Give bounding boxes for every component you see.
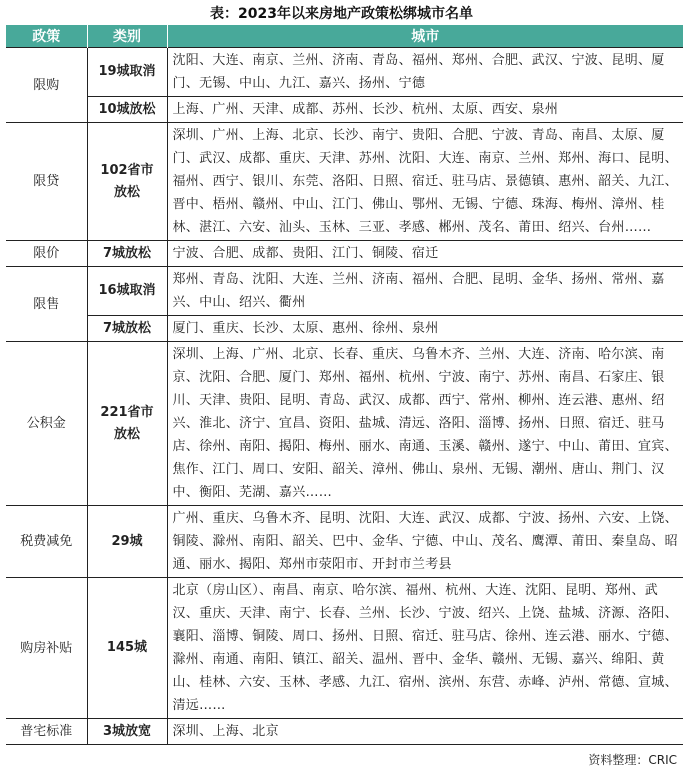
category-cell: 16城取消	[87, 267, 167, 316]
cities-cell: 北京（房山区）、南昌、南京、哈尔滨、福州、杭州、大连、沈阳、昆明、郑州、武汉、重…	[167, 578, 683, 719]
cities-cell: 沈阳、大连、南京、兰州、济南、青岛、福州、郑州、合肥、武汉、宁波、昆明、厦门、无…	[167, 48, 683, 97]
policy-cell: 购房补贴	[6, 578, 87, 719]
category-cell: 19城取消	[87, 48, 167, 97]
cities-cell: 郑州、青岛、沈阳、大连、兰州、济南、福州、合肥、昆明、金华、扬州、常州、嘉兴、中…	[167, 267, 683, 316]
cities-cell: 宁波、合肥、成都、贵阳、江门、铜陵、宿迁	[167, 241, 683, 267]
category-cell: 145城	[87, 578, 167, 719]
cities-cell: 深圳、上海、北京	[167, 719, 683, 745]
cities-cell: 广州、重庆、乌鲁木齐、昆明、沈阳、大连、武汉、成都、宁波、扬州、六安、上饶、铜陵…	[167, 506, 683, 578]
table-row: 限贷 102省市放松 深圳、广州、上海、北京、长沙、南宁、贵阳、合肥、宁波、青岛…	[6, 123, 683, 241]
source-note: 资料整理：CRIC	[588, 751, 677, 768]
table-row: 普宅标准 3城放宽 深圳、上海、北京	[6, 719, 683, 745]
table-row: 限购 19城取消 沈阳、大连、南京、兰州、济南、青岛、福州、郑州、合肥、武汉、宁…	[6, 48, 683, 97]
table-title: 表：2023年以来房地产政策松绑城市名单	[0, 3, 683, 23]
header-policy: 政策	[6, 25, 87, 48]
table-header-row: 政策 类别 城市	[6, 25, 683, 48]
policy-cell: 限价	[6, 241, 87, 267]
category-cell: 7城放松	[87, 316, 167, 342]
category-cell: 102省市放松	[87, 123, 167, 241]
header-cities: 城市	[167, 25, 683, 48]
table-row: 限售 16城取消 郑州、青岛、沈阳、大连、兰州、济南、福州、合肥、昆明、金华、扬…	[6, 267, 683, 316]
table-row: 7城放松 厦门、重庆、长沙、太原、惠州、徐州、泉州	[6, 316, 683, 342]
table-row: 10城放松 上海、广州、天津、成都、苏州、长沙、杭州、太原、西安、泉州	[6, 97, 683, 123]
policy-cell: 限贷	[6, 123, 87, 241]
table-row: 税费减免 29城 广州、重庆、乌鲁木齐、昆明、沈阳、大连、武汉、成都、宁波、扬州…	[6, 506, 683, 578]
policy-cell: 公积金	[6, 342, 87, 506]
cities-cell: 深圳、广州、上海、北京、长沙、南宁、贵阳、合肥、宁波、青岛、南昌、太原、厦门、武…	[167, 123, 683, 241]
category-cell: 221省市放松	[87, 342, 167, 506]
policy-cell: 普宅标准	[6, 719, 87, 745]
table-row: 购房补贴 145城 北京（房山区）、南昌、南京、哈尔滨、福州、杭州、大连、沈阳、…	[6, 578, 683, 719]
header-category: 类别	[87, 25, 167, 48]
category-cell: 3城放宽	[87, 719, 167, 745]
table-row: 限价 7城放松 宁波、合肥、成都、贵阳、江门、铜陵、宿迁	[6, 241, 683, 267]
table-row: 公积金 221省市放松 深圳、上海、广州、北京、长春、重庆、乌鲁木齐、兰州、大连…	[6, 342, 683, 506]
policy-cell: 税费减免	[6, 506, 87, 578]
category-cell: 10城放松	[87, 97, 167, 123]
policy-table: 政策 类别 城市 限购 19城取消 沈阳、大连、南京、兰州、济南、青岛、福州、郑…	[6, 25, 683, 745]
cities-cell: 深圳、上海、广州、北京、长春、重庆、乌鲁木齐、兰州、大连、济南、哈尔滨、南京、沈…	[167, 342, 683, 506]
policy-cell: 限售	[6, 267, 87, 342]
category-cell: 29城	[87, 506, 167, 578]
cities-cell: 厦门、重庆、长沙、太原、惠州、徐州、泉州	[167, 316, 683, 342]
cities-cell: 上海、广州、天津、成都、苏州、长沙、杭州、太原、西安、泉州	[167, 97, 683, 123]
category-cell: 7城放松	[87, 241, 167, 267]
policy-cell: 限购	[6, 48, 87, 123]
